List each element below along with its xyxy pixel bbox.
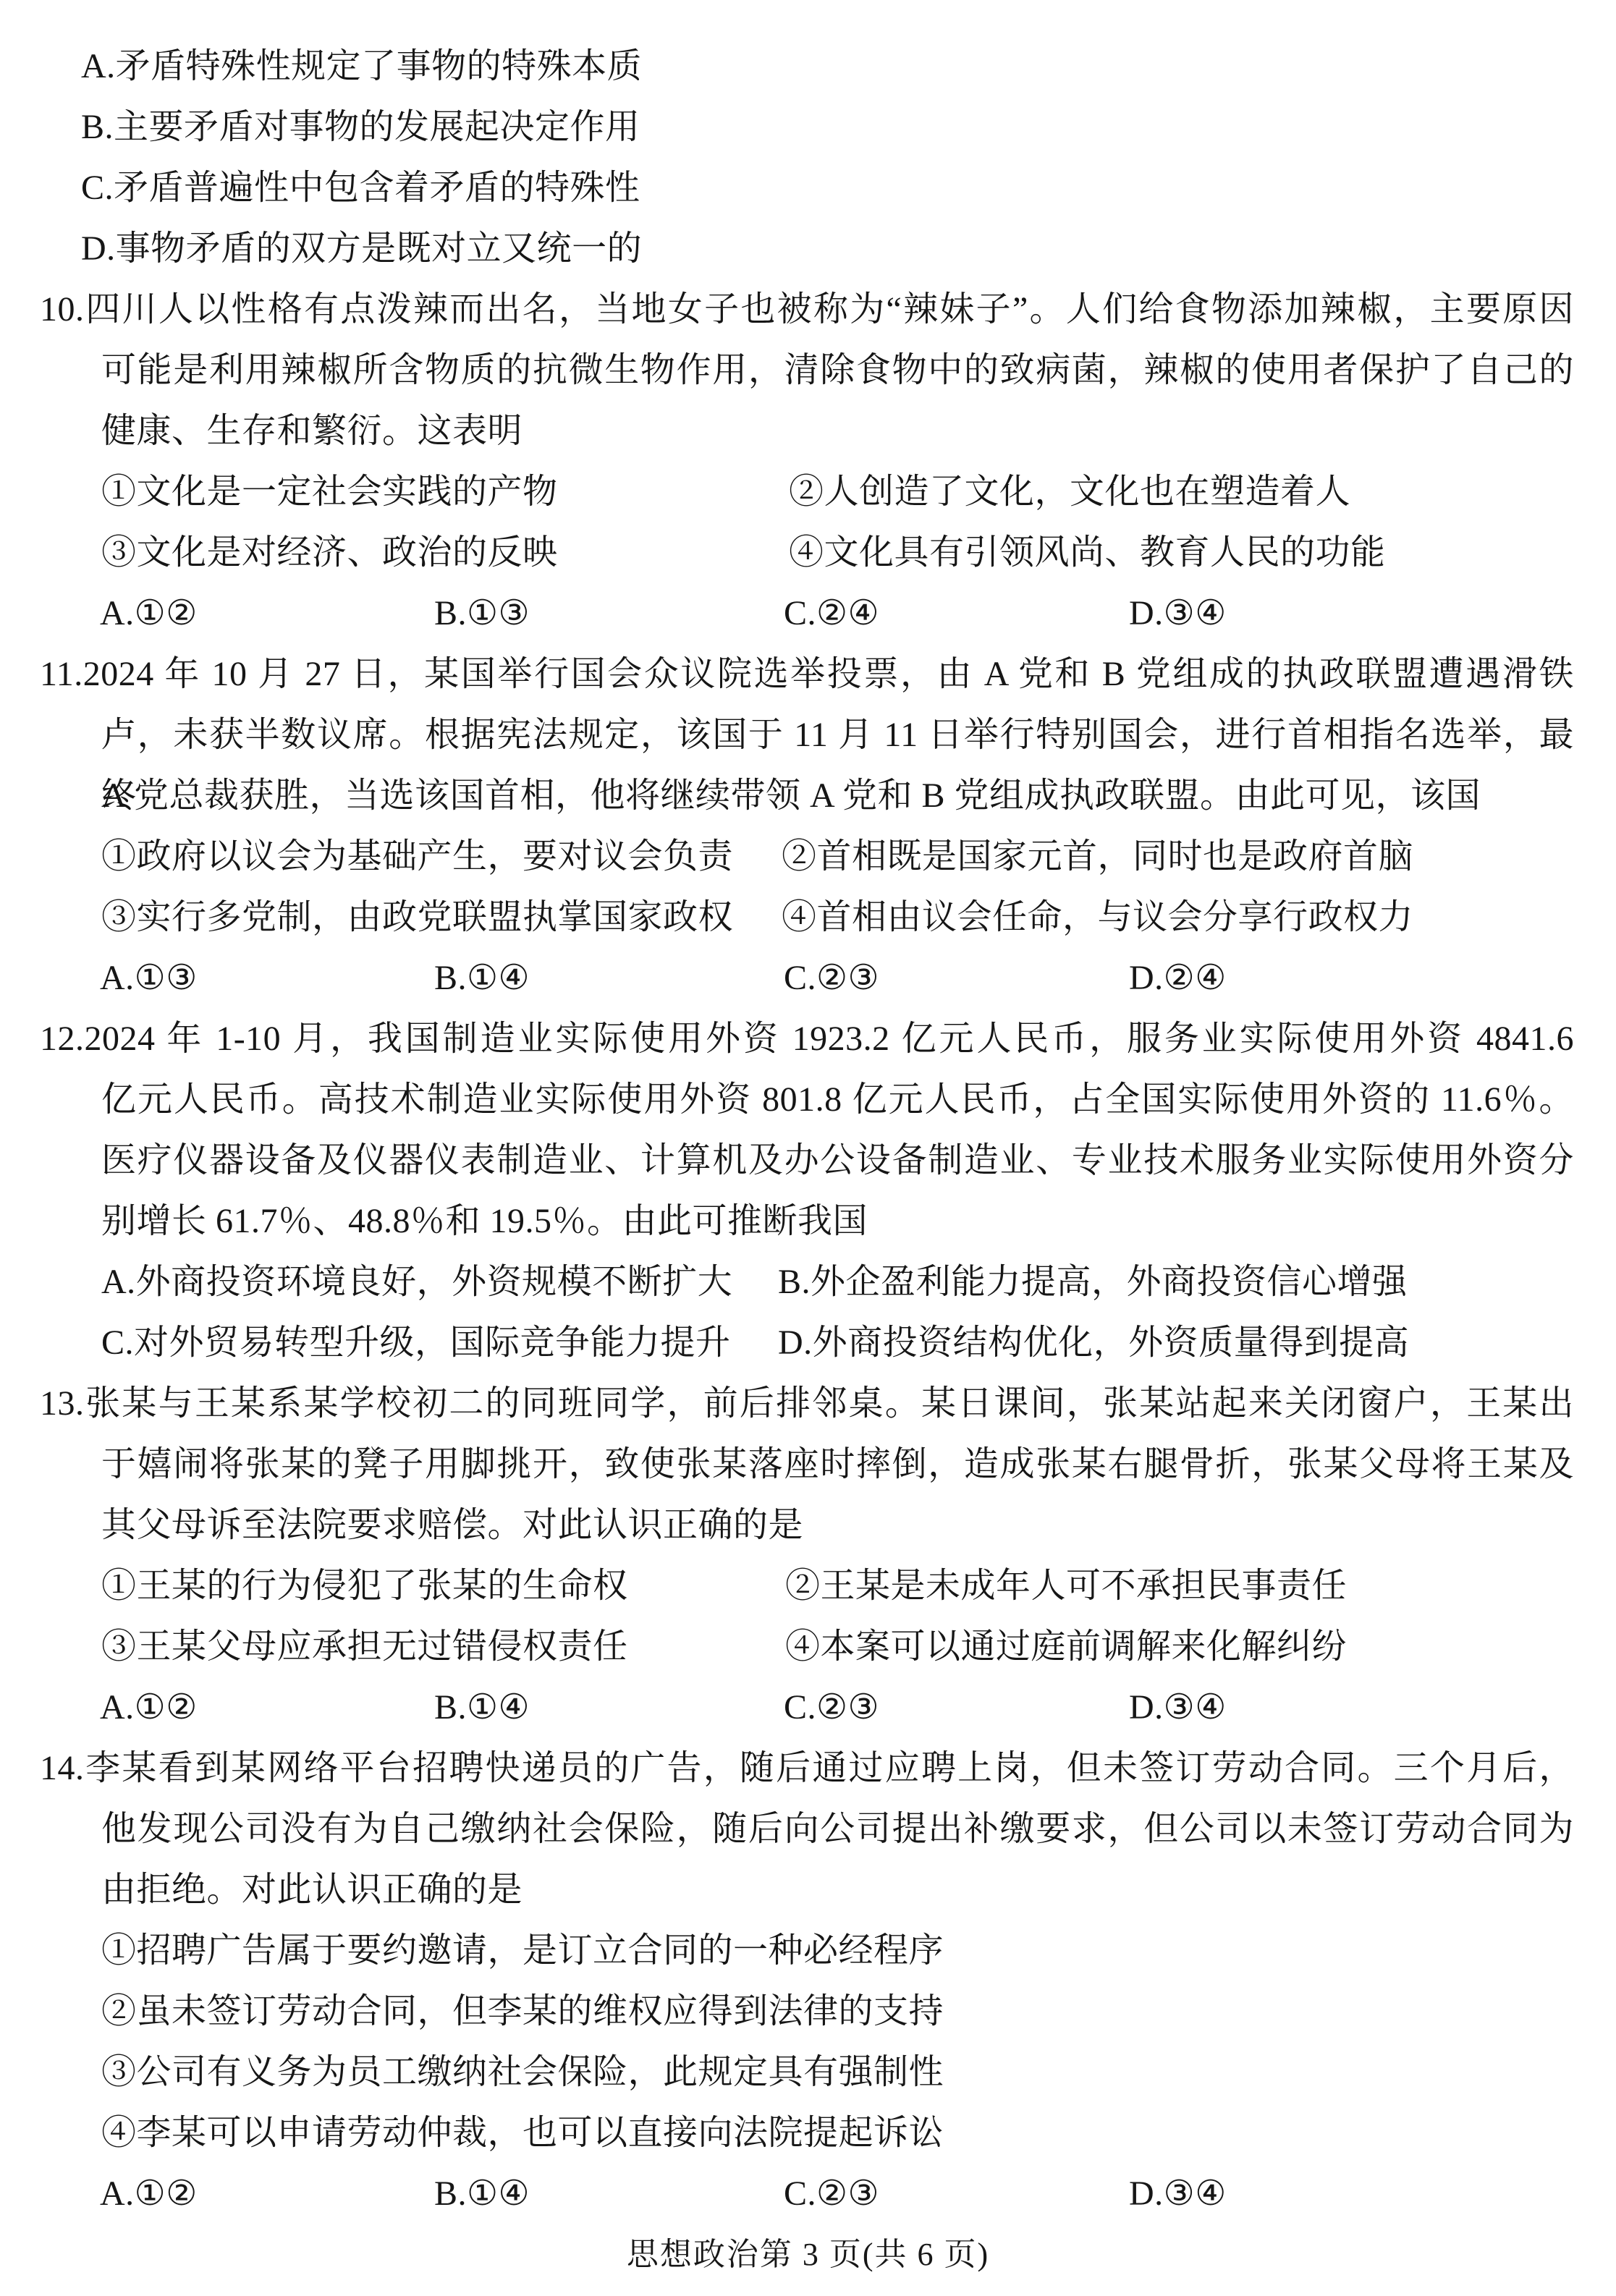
text-segment: ①王某的行为侵犯了张某的生命权 — [101, 1556, 628, 1617]
answer-row-q14: A.①②B.①④C.②③D.③④ — [0, 2164, 1616, 2224]
text-segment: A.①② — [100, 583, 198, 644]
text-segment: ①招聘广告属于要约邀请，是订立合同的一种必经程序 — [101, 1920, 944, 1981]
text-segment: ②首相既是国家元首，同时也是政府首脑 — [782, 826, 1413, 887]
text-segment: 13.张某与王某系某学校初二的同班同学，前后排邻桌。某日课间，张某站起来关闭窗户… — [40, 1373, 1574, 1434]
question-12-stem: 医疗仪器设备及仪器仪表制造业、计算机及办公设备制造业、专业技术服务业实际使用外资… — [0, 1130, 1616, 1191]
text-segment: 健康、生存和繁衍。这表明 — [101, 401, 523, 462]
numbered-option-line: ③文化是对经济、政治的反映④文化具有引领风尚、教育人民的功能 — [0, 522, 1616, 583]
choice-line-q9-b: B.主要矛盾对事物的发展起决定作用 — [0, 97, 1616, 158]
question-12-stem: 别增长 61.7％、48.8％和 19.5％。由此可推断我国 — [0, 1191, 1616, 1252]
numbered-option-line: ①招聘广告属于要约邀请，是订立合同的一种必经程序 — [0, 1920, 1616, 1981]
text-segment: ④首相由议会任命，与议会分享行政权力 — [782, 887, 1413, 948]
text-segment: ①政府以议会为基础产生，要对议会负责 — [101, 826, 733, 887]
question-12-stem: 12.2024 年 1-10 月，我国制造业实际使用外资 1923.2 亿元人民… — [0, 1009, 1616, 1069]
text-segment: ④李某可以申请劳动仲裁，也可以直接向法院提起诉讼 — [101, 2103, 944, 2164]
question-11-stem: 卢，未获半数议席。根据宪法规定，该国于 11 月 11 日举行特别国会，进行首相… — [0, 705, 1616, 766]
text-segment: A.矛盾特殊性规定了事物的特殊本质 — [81, 36, 642, 97]
text-segment: A.①② — [100, 1677, 198, 1738]
numbered-option-line: ②虽未签订劳动合同，但李某的维权应得到法律的支持 — [0, 1981, 1616, 2042]
text-segment: A.外商投资环境良好，外资规模不断扩大 — [101, 1252, 732, 1313]
text-segment: B.主要矛盾对事物的发展起决定作用 — [81, 97, 640, 158]
text-segment: B.①④ — [434, 1677, 530, 1738]
text-segment: 于嬉闹将张某的凳子用脚挑开，致使张某落座时摔倒，造成张某右腿骨折，张某父母将王某… — [101, 1434, 1574, 1495]
text-segment: C.②③ — [784, 948, 879, 1009]
text-segment: ③实行多党制，由政党联盟执掌国家政权 — [101, 887, 733, 948]
choice-line-q9-a: A.矛盾特殊性规定了事物的特殊本质 — [0, 36, 1616, 97]
question-11-stem: 11.2024 年 10 月 27 日，某国举行国会众议院选举投票，由 A 党和… — [0, 644, 1616, 705]
numbered-option-line: ③公司有义务为员工缴纳社会保险，此规定具有强制性 — [0, 2042, 1616, 2103]
text-segment: B.①③ — [434, 583, 530, 644]
choice-pair-line: A.外商投资环境良好，外资规模不断扩大B.外企盈利能力提高，外商投资信心增强 — [0, 1252, 1616, 1313]
numbered-option-line: ①文化是一定社会实践的产物②人创造了文化，文化也在塑造着人 — [0, 462, 1616, 522]
choice-pair-line: C.对外贸易转型升级，国际竞争能力提升D.外商投资结构优化，外资质量得到提高 — [0, 1313, 1616, 1373]
text-segment: ③公司有义务为员工缴纳社会保险，此规定具有强制性 — [101, 2042, 944, 2103]
text-segment: ③文化是对经济、政治的反映 — [101, 522, 558, 583]
question-13-stem: 其父母诉至法院要求赔偿。对此认识正确的是 — [0, 1495, 1616, 1556]
text-segment: 11.2024 年 10 月 27 日，某国举行国会众议院选举投票，由 A 党和… — [40, 644, 1574, 705]
numbered-option-line: ③王某父母应承担无过错侵权责任④本案可以通过庭前调解来化解纠纷 — [0, 1617, 1616, 1677]
text-segment: 亿元人民币。高技术制造业实际使用外资 801.8 亿元人民币，占全国实际使用外资… — [101, 1069, 1574, 1130]
numbered-option-line: ①王某的行为侵犯了张某的生命权②王某是未成年人可不承担民事责任 — [0, 1556, 1616, 1617]
question-11-stem: A 党总裁获胜，当选该国首相，他将继续带领 A 党和 B 党组成执政联盟。由此可… — [0, 766, 1616, 826]
question-14-stem: 他发现公司没有为自己缴纳社会保险，随后向公司提出补缴要求，但公司以未签订劳动合同… — [0, 1799, 1616, 1860]
question-10-stem: 健康、生存和繁衍。这表明 — [0, 401, 1616, 462]
text-segment: D.③④ — [1129, 2164, 1227, 2224]
text-segment: A.①③ — [100, 948, 198, 1009]
text-segment: 其父母诉至法院要求赔偿。对此认识正确的是 — [101, 1495, 803, 1556]
text-segment: D.②④ — [1129, 948, 1227, 1009]
text-segment: D.③④ — [1129, 1677, 1227, 1738]
text-segment: A.①② — [100, 2164, 198, 2224]
text-segment: D.③④ — [1129, 583, 1227, 644]
page-footer: 思想政治第 3 页(共 6 页) — [0, 2224, 1616, 2285]
exam-paper-page: A.矛盾特殊性规定了事物的特殊本质B.主要矛盾对事物的发展起决定作用C.矛盾普遍… — [0, 0, 1616, 2296]
text-segment: D.外商投资结构优化，外资质量得到提高 — [778, 1313, 1409, 1373]
numbered-option-line: ①政府以议会为基础产生，要对议会负责②首相既是国家元首，同时也是政府首脑 — [0, 826, 1616, 887]
text-segment: C.对外贸易转型升级，国际竞争能力提升 — [101, 1313, 731, 1373]
numbered-option-line: ③实行多党制，由政党联盟执掌国家政权④首相由议会任命，与议会分享行政权力 — [0, 887, 1616, 948]
text-segment: B.①④ — [434, 948, 530, 1009]
text-segment: 他发现公司没有为自己缴纳社会保险，随后向公司提出补缴要求，但公司以未签订劳动合同… — [101, 1799, 1574, 1860]
question-10-stem: 可能是利用辣椒所含物质的抗微生物作用，清除食物中的致病菌，辣椒的使用者保护了自己… — [0, 340, 1616, 401]
text-segment: ①文化是一定社会实践的产物 — [101, 462, 558, 522]
text-segment: 12.2024 年 1-10 月，我国制造业实际使用外资 1923.2 亿元人民… — [40, 1009, 1574, 1069]
text-segment: ③王某父母应承担无过错侵权责任 — [101, 1617, 628, 1677]
numbered-option-line: ④李某可以申请劳动仲裁，也可以直接向法院提起诉讼 — [0, 2103, 1616, 2164]
text-segment: 14.李某看到某网络平台招聘快递员的广告，随后通过应聘上岗，但未签订劳动合同。三… — [40, 1738, 1574, 1799]
text-segment: 别增长 61.7％、48.8％和 19.5％。由此可推断我国 — [101, 1191, 868, 1252]
text-segment: C.②③ — [784, 1677, 879, 1738]
text-segment: 可能是利用辣椒所含物质的抗微生物作用，清除食物中的致病菌，辣椒的使用者保护了自己… — [101, 340, 1574, 401]
text-segment: 10.四川人以性格有点泼辣而出名，当地女子也被称为“辣妹子”。人们给食物添加辣椒… — [40, 279, 1574, 340]
text-segment: A 党总裁获胜，当选该国首相，他将继续带领 A 党和 B 党组成执政联盟。由此可… — [101, 766, 1481, 826]
answer-row-q10: A.①②B.①③C.②④D.③④ — [0, 583, 1616, 644]
text-segment: 医疗仪器设备及仪器仪表制造业、计算机及办公设备制造业、专业技术服务业实际使用外资… — [101, 1130, 1574, 1191]
text-segment: 由拒绝。对此认识正确的是 — [101, 1860, 523, 1920]
text-segment: ④文化具有引领风尚、教育人民的功能 — [789, 522, 1386, 583]
text-segment: C.②③ — [784, 2164, 879, 2224]
choice-line-q9-d: D.事物矛盾的双方是既对立又统一的 — [0, 219, 1616, 279]
question-13-stem: 13.张某与王某系某学校初二的同班同学，前后排邻桌。某日课间，张某站起来关闭窗户… — [0, 1373, 1616, 1434]
document-lines: A.矛盾特殊性规定了事物的特殊本质B.主要矛盾对事物的发展起决定作用C.矛盾普遍… — [0, 0, 1616, 2224]
answer-row-q11: A.①③B.①④C.②③D.②④ — [0, 948, 1616, 1009]
text-segment: B.①④ — [434, 2164, 530, 2224]
text-segment: ④本案可以通过庭前调解来化解纠纷 — [785, 1617, 1347, 1677]
choice-line-q9-c: C.矛盾普遍性中包含着矛盾的特殊性 — [0, 158, 1616, 219]
text-segment: D.事物矛盾的双方是既对立又统一的 — [81, 219, 642, 279]
text-segment: ②王某是未成年人可不承担民事责任 — [785, 1556, 1347, 1617]
text-segment: C.矛盾普遍性中包含着矛盾的特殊性 — [81, 158, 640, 219]
question-14-stem: 14.李某看到某网络平台招聘快递员的广告，随后通过应聘上岗，但未签订劳动合同。三… — [0, 1738, 1616, 1799]
text-segment: ②虽未签订劳动合同，但李某的维权应得到法律的支持 — [101, 1981, 944, 2042]
question-12-stem: 亿元人民币。高技术制造业实际使用外资 801.8 亿元人民币，占全国实际使用外资… — [0, 1069, 1616, 1130]
answer-row-q13: A.①②B.①④C.②③D.③④ — [0, 1677, 1616, 1738]
text-segment: C.②④ — [784, 583, 879, 644]
question-10-stem: 10.四川人以性格有点泼辣而出名，当地女子也被称为“辣妹子”。人们给食物添加辣椒… — [0, 279, 1616, 340]
question-14-stem: 由拒绝。对此认识正确的是 — [0, 1860, 1616, 1920]
text-segment: B.外企盈利能力提高，外商投资信心增强 — [778, 1252, 1408, 1313]
question-13-stem: 于嬉闹将张某的凳子用脚挑开，致使张某落座时摔倒，造成张某右腿骨折，张某父母将王某… — [0, 1434, 1616, 1495]
text-segment: ②人创造了文化，文化也在塑造着人 — [789, 462, 1350, 522]
